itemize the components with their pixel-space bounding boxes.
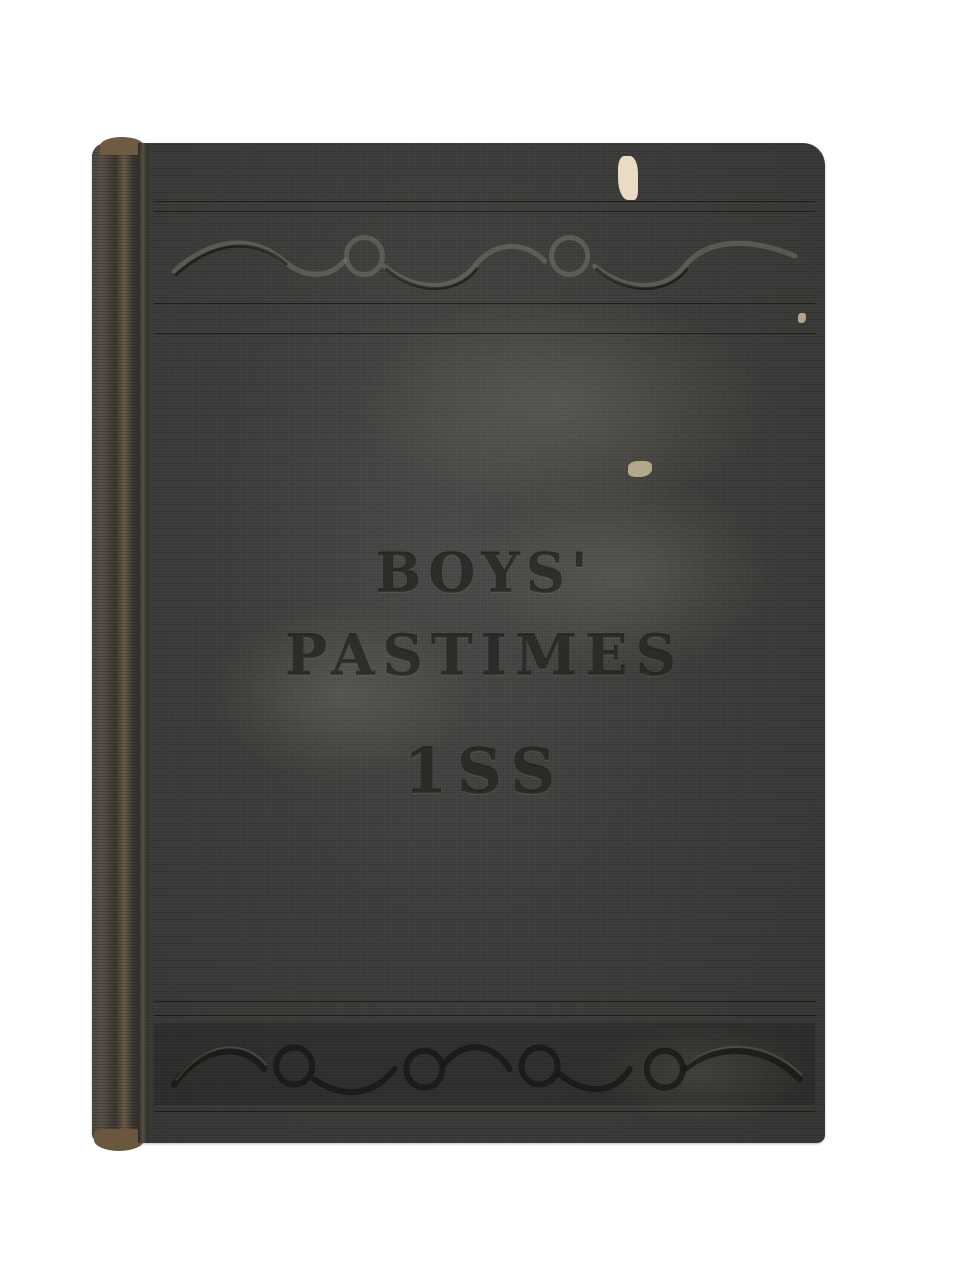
bottom-border-rule [154,1001,815,1002]
top-border-rule [154,333,815,334]
spine [92,143,144,1143]
bottom-border-rule [154,1015,815,1016]
spine-fray-bottom [94,1129,144,1151]
bottom-ornament-band [154,1023,815,1105]
cover-title-line-3: 1SS [154,735,815,808]
top-border-rule [154,211,815,212]
bottom-border-rule [154,1111,815,1112]
torn-patch [618,156,638,200]
top-border-rule [154,201,815,202]
photo-scene: BOYS' PASTIMES 1SS [0,0,960,1280]
top-ornament-band [154,215,815,297]
spine-hinge [138,143,148,1143]
scuff-mark [628,461,652,477]
dust-patch [352,293,772,513]
cover-title-line-1: BOYS' [154,541,815,605]
scroll-ornament-icon [154,1023,815,1105]
scroll-ornament-icon [154,215,815,297]
scuff-mark [798,313,806,323]
cover-title-line-2: PASTIMES [154,623,815,689]
book-cover: BOYS' PASTIMES 1SS [92,143,825,1143]
top-border-rule [154,303,815,304]
